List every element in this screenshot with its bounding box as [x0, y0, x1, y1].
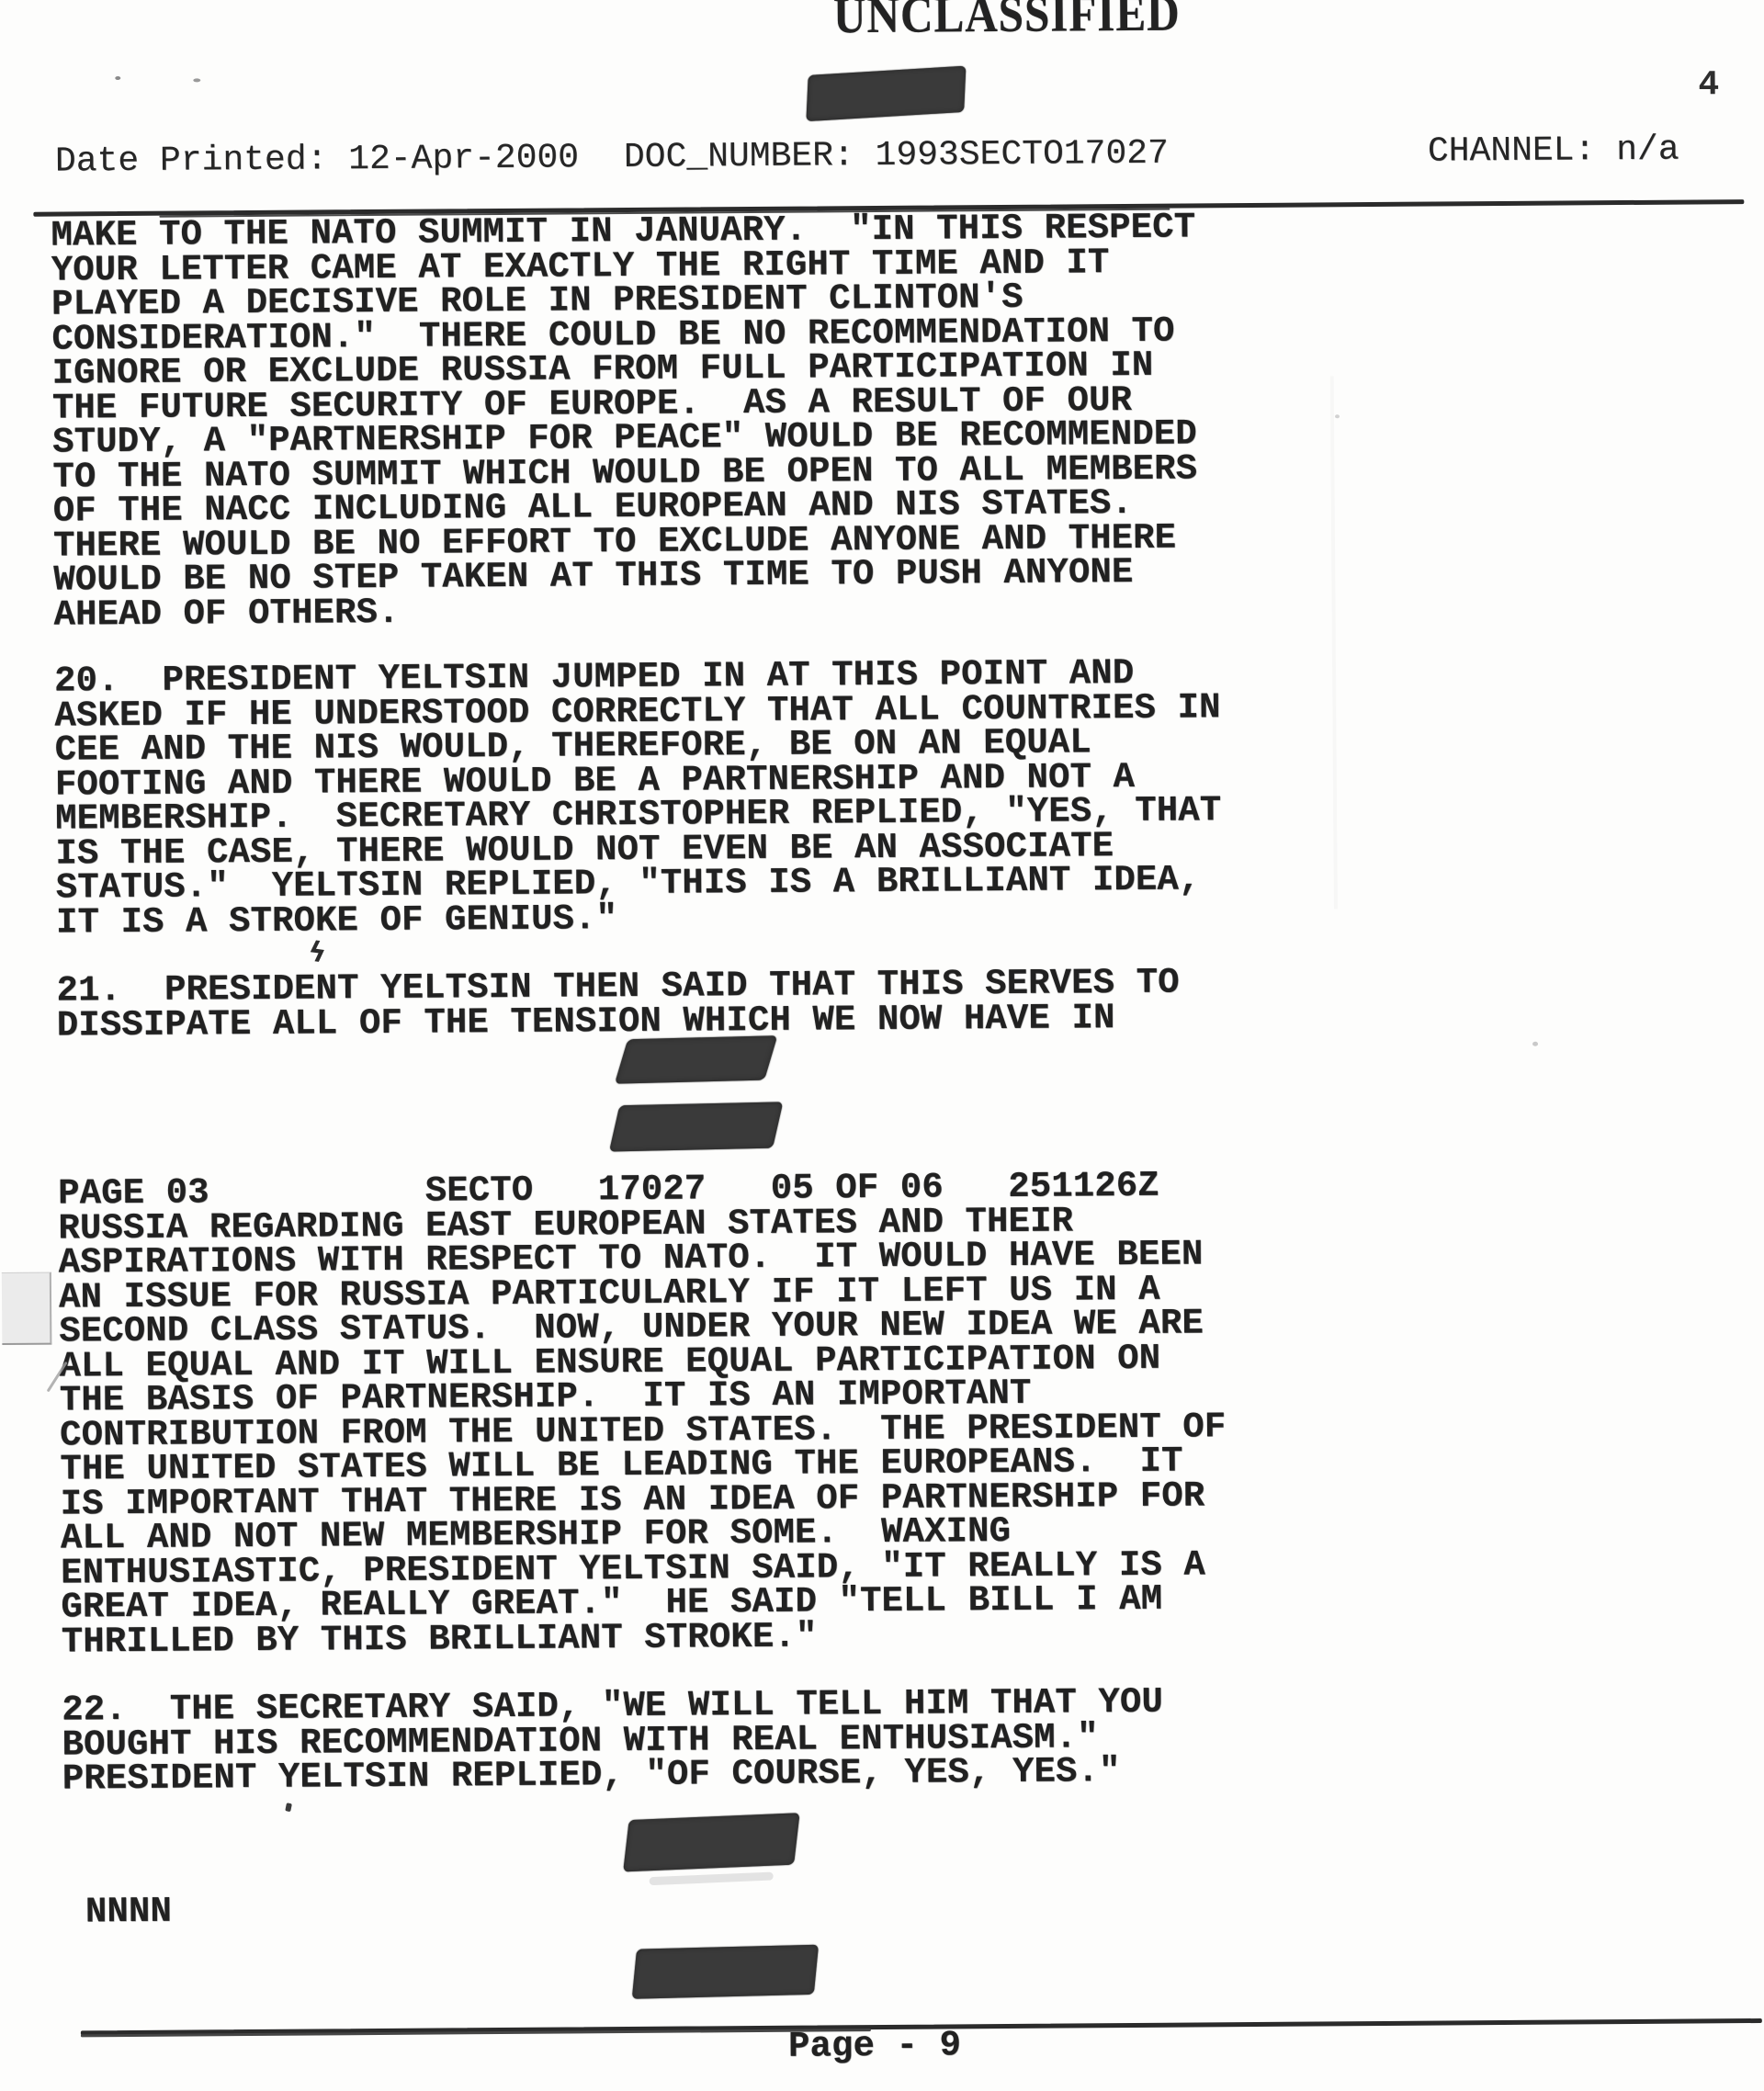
redaction-ghost-smudge	[650, 1872, 774, 1886]
scan-speck-icon	[193, 78, 200, 82]
message-terminator: NNNN	[85, 1895, 172, 1930]
redaction-bar-icon	[615, 1035, 777, 1083]
telegram-paragraph-22: 22. THE SECRETARY SAID, "WE WILL TELL HI…	[62, 1686, 1163, 1797]
telegram-paragraph-20: 20. PRESIDENT YELTSIN JUMPED IN AT THIS …	[54, 656, 1222, 940]
scanned-cable-page: UNCLASSIFIED 4 Date Printed: 12-Apr-2000…	[0, 0, 1764, 2091]
redaction-bar-icon	[623, 1813, 799, 1871]
scan-streak-icon	[1330, 376, 1338, 909]
scan-speck-icon	[115, 76, 120, 80]
scan-speck-icon	[1335, 414, 1340, 418]
redaction-bar-icon	[609, 1102, 783, 1151]
redaction-bar-top-icon	[806, 66, 966, 121]
scan-speck-icon	[1532, 1042, 1538, 1046]
scan-edge-tab-icon	[2, 1272, 52, 1345]
telegram-continuation-text: PAGE 03 SECTO 17027 05 OF 06 251126Z RUS…	[58, 1169, 1227, 1659]
channel-field: CHANNEL: n/a	[1428, 132, 1679, 171]
scan-speck-icon	[285, 1803, 292, 1812]
telegram-paragraph-intro: MAKE TO THE NATO SUMMIT IN JANUARY. "IN …	[51, 210, 1198, 632]
telegram-paragraph-21: 21. PRESIDENT YELTSIN THEN SAID THAT THI…	[56, 966, 1180, 1044]
stray-mark-icon: ϟ	[306, 935, 328, 969]
classification-banner: UNCLASSIFIED	[820, 0, 1193, 41]
redaction-bar-icon	[632, 1945, 819, 1999]
doc-number-field: DOC_NUMBER: 1993SECTO17027	[624, 136, 1169, 176]
page-number-bottom: Page - 9	[788, 2029, 961, 2064]
page-number-top: 4	[1698, 65, 1719, 105]
date-printed-field: Date Printed: 12-Apr-2000	[55, 140, 579, 180]
